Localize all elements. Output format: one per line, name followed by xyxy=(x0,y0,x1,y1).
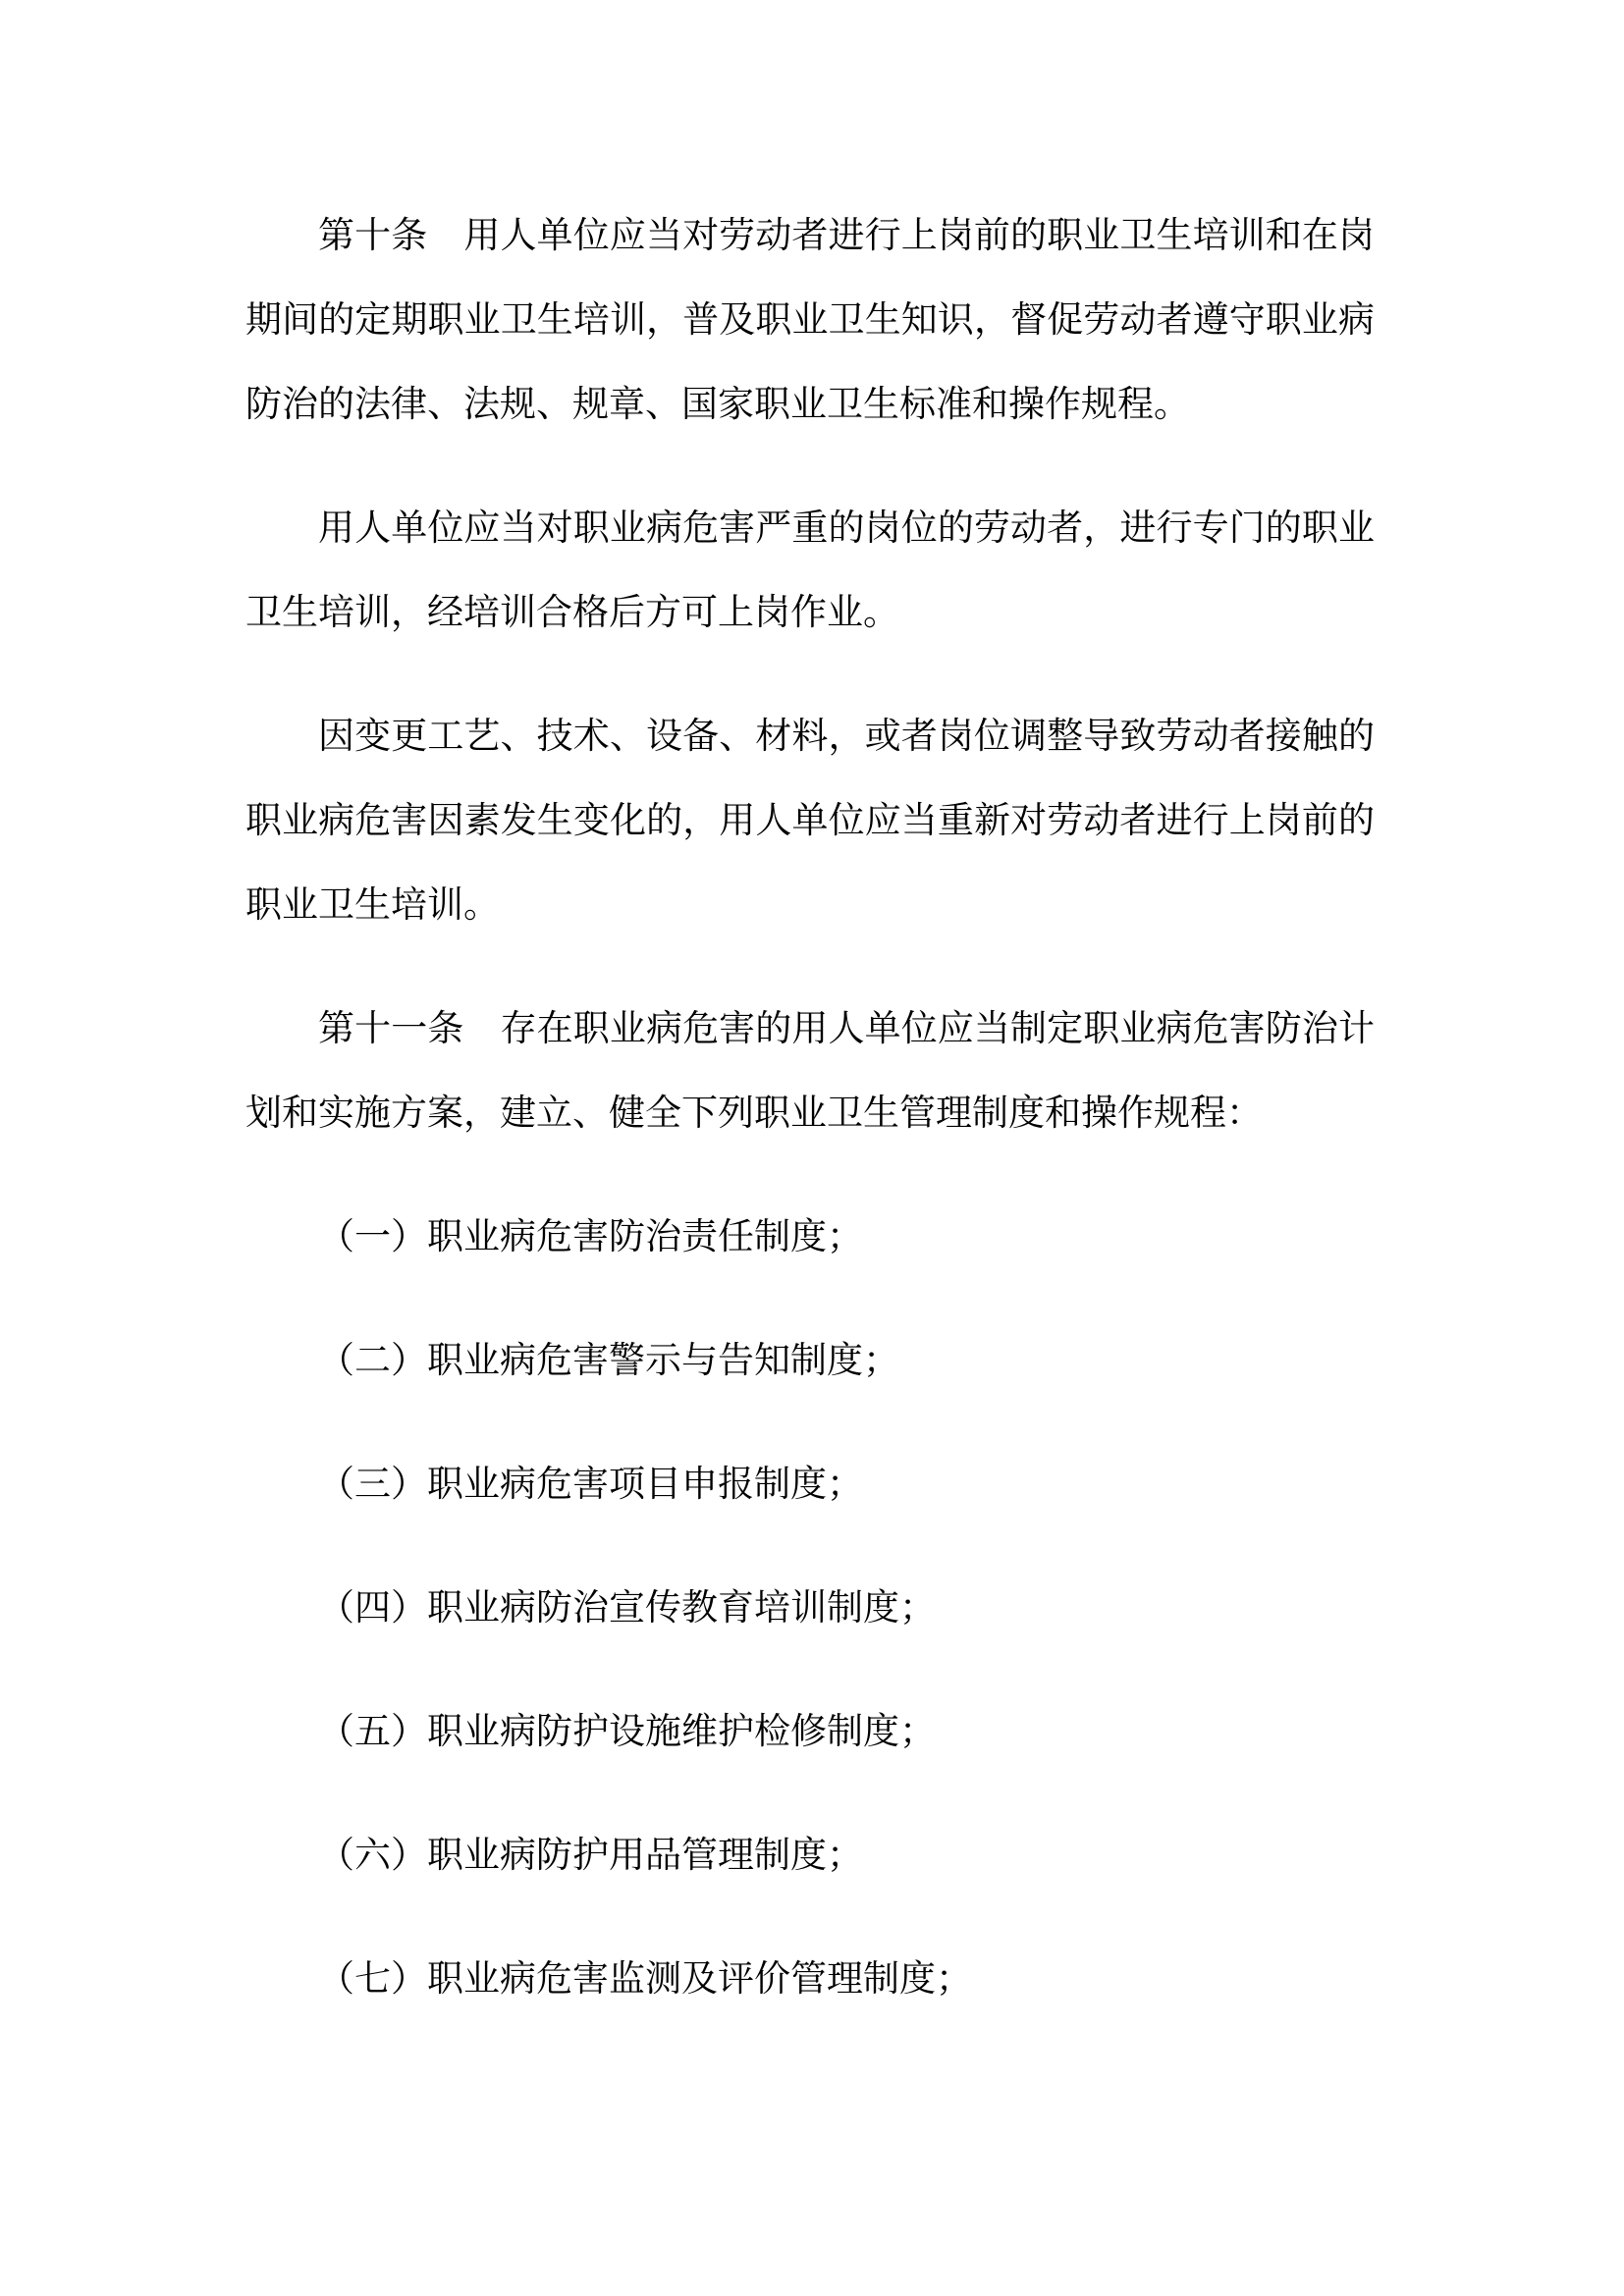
document-body: 第十条 用人单位应当对劳动者进行上岗前的职业卫生培训和在岗期间的定期职业卫生培训… xyxy=(245,194,1375,2022)
list-item-7: （七）职业病危害监测及评价管理制度； xyxy=(245,1938,1375,2022)
list-item-5: （五）职业病防护设施维护检修制度； xyxy=(245,1690,1375,1775)
paragraph-article-11-intro: 第十一条 存在职业病危害的用人单位应当制定职业病危害防治计划和实施方案，建立、健… xyxy=(245,988,1375,1156)
paragraph-article-10-clause-1: 第十条 用人单位应当对劳动者进行上岗前的职业卫生培训和在岗期间的定期职业卫生培训… xyxy=(245,194,1375,448)
list-item-1: （一）职业病危害防治责任制度； xyxy=(245,1196,1375,1280)
paragraph-article-10-clause-2: 用人单位应当对职业病危害严重的岗位的劳动者，进行专门的职业卫生培训，经培训合格后… xyxy=(245,487,1375,656)
list-item-3: （三）职业病危害项目申报制度； xyxy=(245,1443,1375,1527)
list-item-2: （二）职业病危害警示与告知制度； xyxy=(245,1319,1375,1404)
list-item-6: （六）职业病防护用品管理制度； xyxy=(245,1814,1375,1898)
list-item-4: （四）职业病防治宣传教育培训制度； xyxy=(245,1567,1375,1651)
paragraph-article-10-clause-3: 因变更工艺、技术、设备、材料，或者岗位调整导致劳动者接触的职业病危害因素发生变化… xyxy=(245,695,1375,948)
document-page: 第十条 用人单位应当对劳动者进行上岗前的职业卫生培训和在岗期间的定期职业卫生培训… xyxy=(0,0,1624,2296)
